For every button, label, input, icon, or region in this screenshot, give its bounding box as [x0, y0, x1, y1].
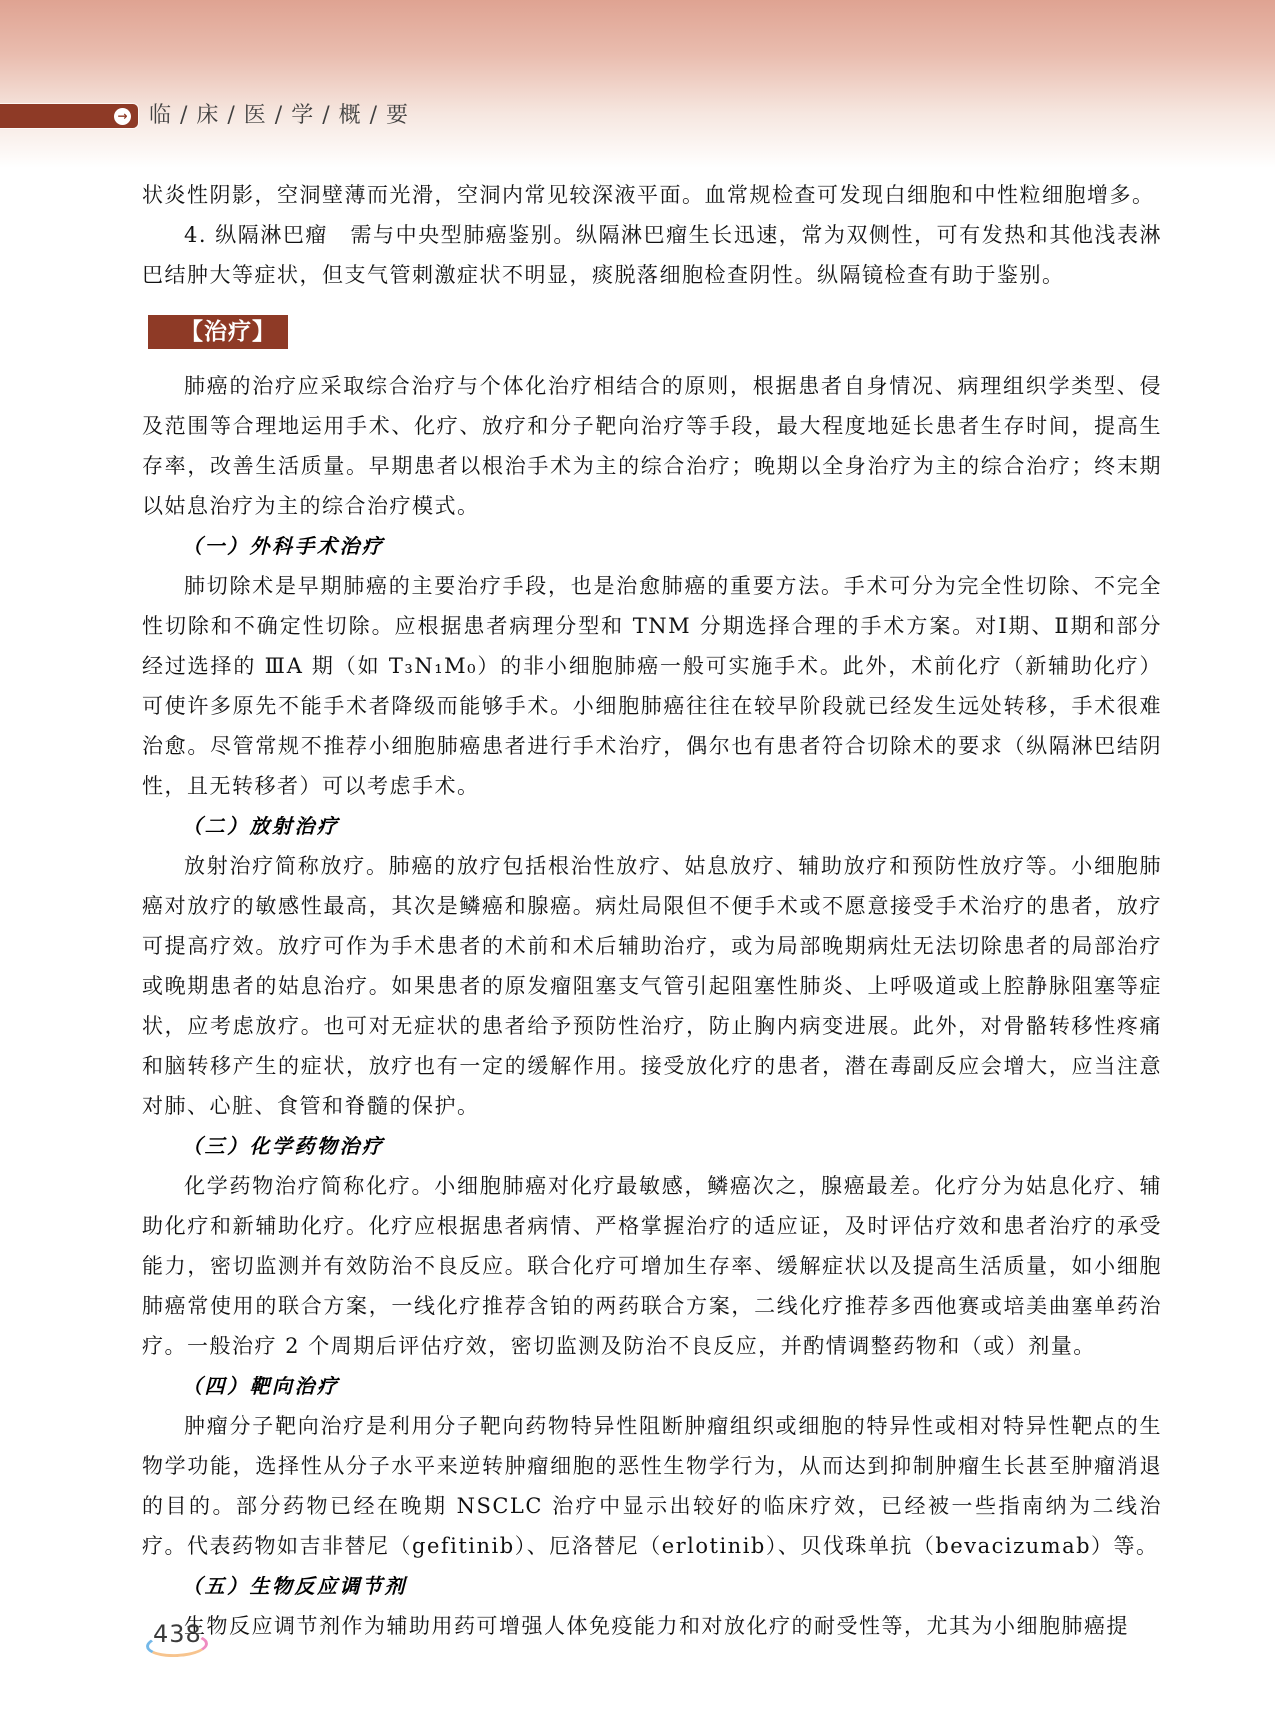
textbook-page: → 临 / 床 / 医 / 学 / 概 / 要 状炎性阴影，空洞壁薄而光滑，空洞…: [0, 0, 1275, 1718]
running-head-book-title: 临 / 床 / 医 / 学 / 概 / 要: [149, 102, 409, 130]
section-title-treatment: 【治疗】: [148, 315, 288, 349]
page-number: 438: [153, 1620, 202, 1648]
subsection-heading-radiotherapy: （二）放射治疗: [142, 806, 1162, 846]
lead-paragraph: 肺癌的治疗应采取综合治疗与个体化治疗相结合的原则，根据患者自身情况、病理组织学类…: [142, 366, 1162, 526]
body-paragraph-item4: 4. 纵隔淋巴瘤 需与中央型肺癌鉴别。纵隔淋巴瘤生长迅速，常为双侧性，可有发热和…: [142, 215, 1162, 295]
subsection-body-targeted-therapy: 肿瘤分子靶向治疗是利用分子靶向药物特异性阻断肿瘤组织或细胞的特异性或相对特异性靶…: [142, 1406, 1162, 1566]
body-paragraph-continuation: 状炎性阴影，空洞壁薄而光滑，空洞内常见较深液平面。血常规检查可发现白细胞和中性粒…: [142, 175, 1162, 215]
subsection-body-surgery: 肺切除术是早期肺癌的主要治疗手段，也是治愈肺癌的重要方法。手术可分为完全性切除、…: [142, 566, 1162, 806]
subsection-heading-biological-response-modifiers: （五）生物反应调节剂: [142, 1566, 1162, 1606]
subsection-heading-chemotherapy: （三）化学药物治疗: [142, 1126, 1162, 1166]
subsection-body-chemotherapy: 化学药物治疗简称化疗。小细胞肺癌对化疗最敏感，鳞癌次之，腺癌最差。化疗分为姑息化…: [142, 1166, 1162, 1366]
page-top-gradient: [0, 0, 1275, 168]
arrow-circle-icon: →: [114, 108, 131, 125]
page-body: 状炎性阴影，空洞壁薄而光滑，空洞内常见较深液平面。血常规检查可发现白细胞和中性粒…: [142, 175, 1162, 1646]
subsection-body-biological-response-modifiers: 生物反应调节剂作为辅助用药可增强人体免疫能力和对放化疗的耐受性等，尤其为小细胞肺…: [142, 1606, 1162, 1646]
subsection-heading-targeted-therapy: （四）靶向治疗: [142, 1366, 1162, 1406]
subsection-heading-surgery: （一）外科手术治疗: [142, 526, 1162, 566]
subsection-body-radiotherapy: 放射治疗简称放疗。肺癌的放疗包括根治性放疗、姑息放疗、辅助放疗和预防性放疗等。小…: [142, 846, 1162, 1126]
